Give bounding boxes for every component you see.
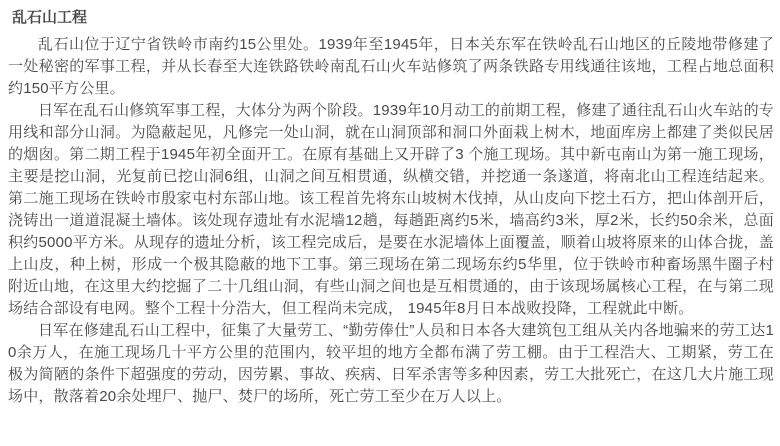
- paragraph-location-overview: 乱石山位于辽宁省铁岭市南约15公里处。1939年至1945年，日本关东军在铁岭乱…: [8, 34, 774, 100]
- page-title: 乱石山工程: [12, 8, 774, 28]
- paragraph-construction-phases: 日军在乱石山修筑军事工程，大体分为两个阶段。1939年10月动工的前期工程，修建…: [8, 100, 774, 320]
- paragraph-laborers: 日军在修建乱石山工程中，征集了大量劳工、“勤劳俸仕”人员和日本各大建筑包工组从关…: [8, 320, 774, 408]
- article: 乱石山工程 乱石山位于辽宁省铁岭市南约15公里处。1939年至1945年，日本关…: [0, 0, 780, 408]
